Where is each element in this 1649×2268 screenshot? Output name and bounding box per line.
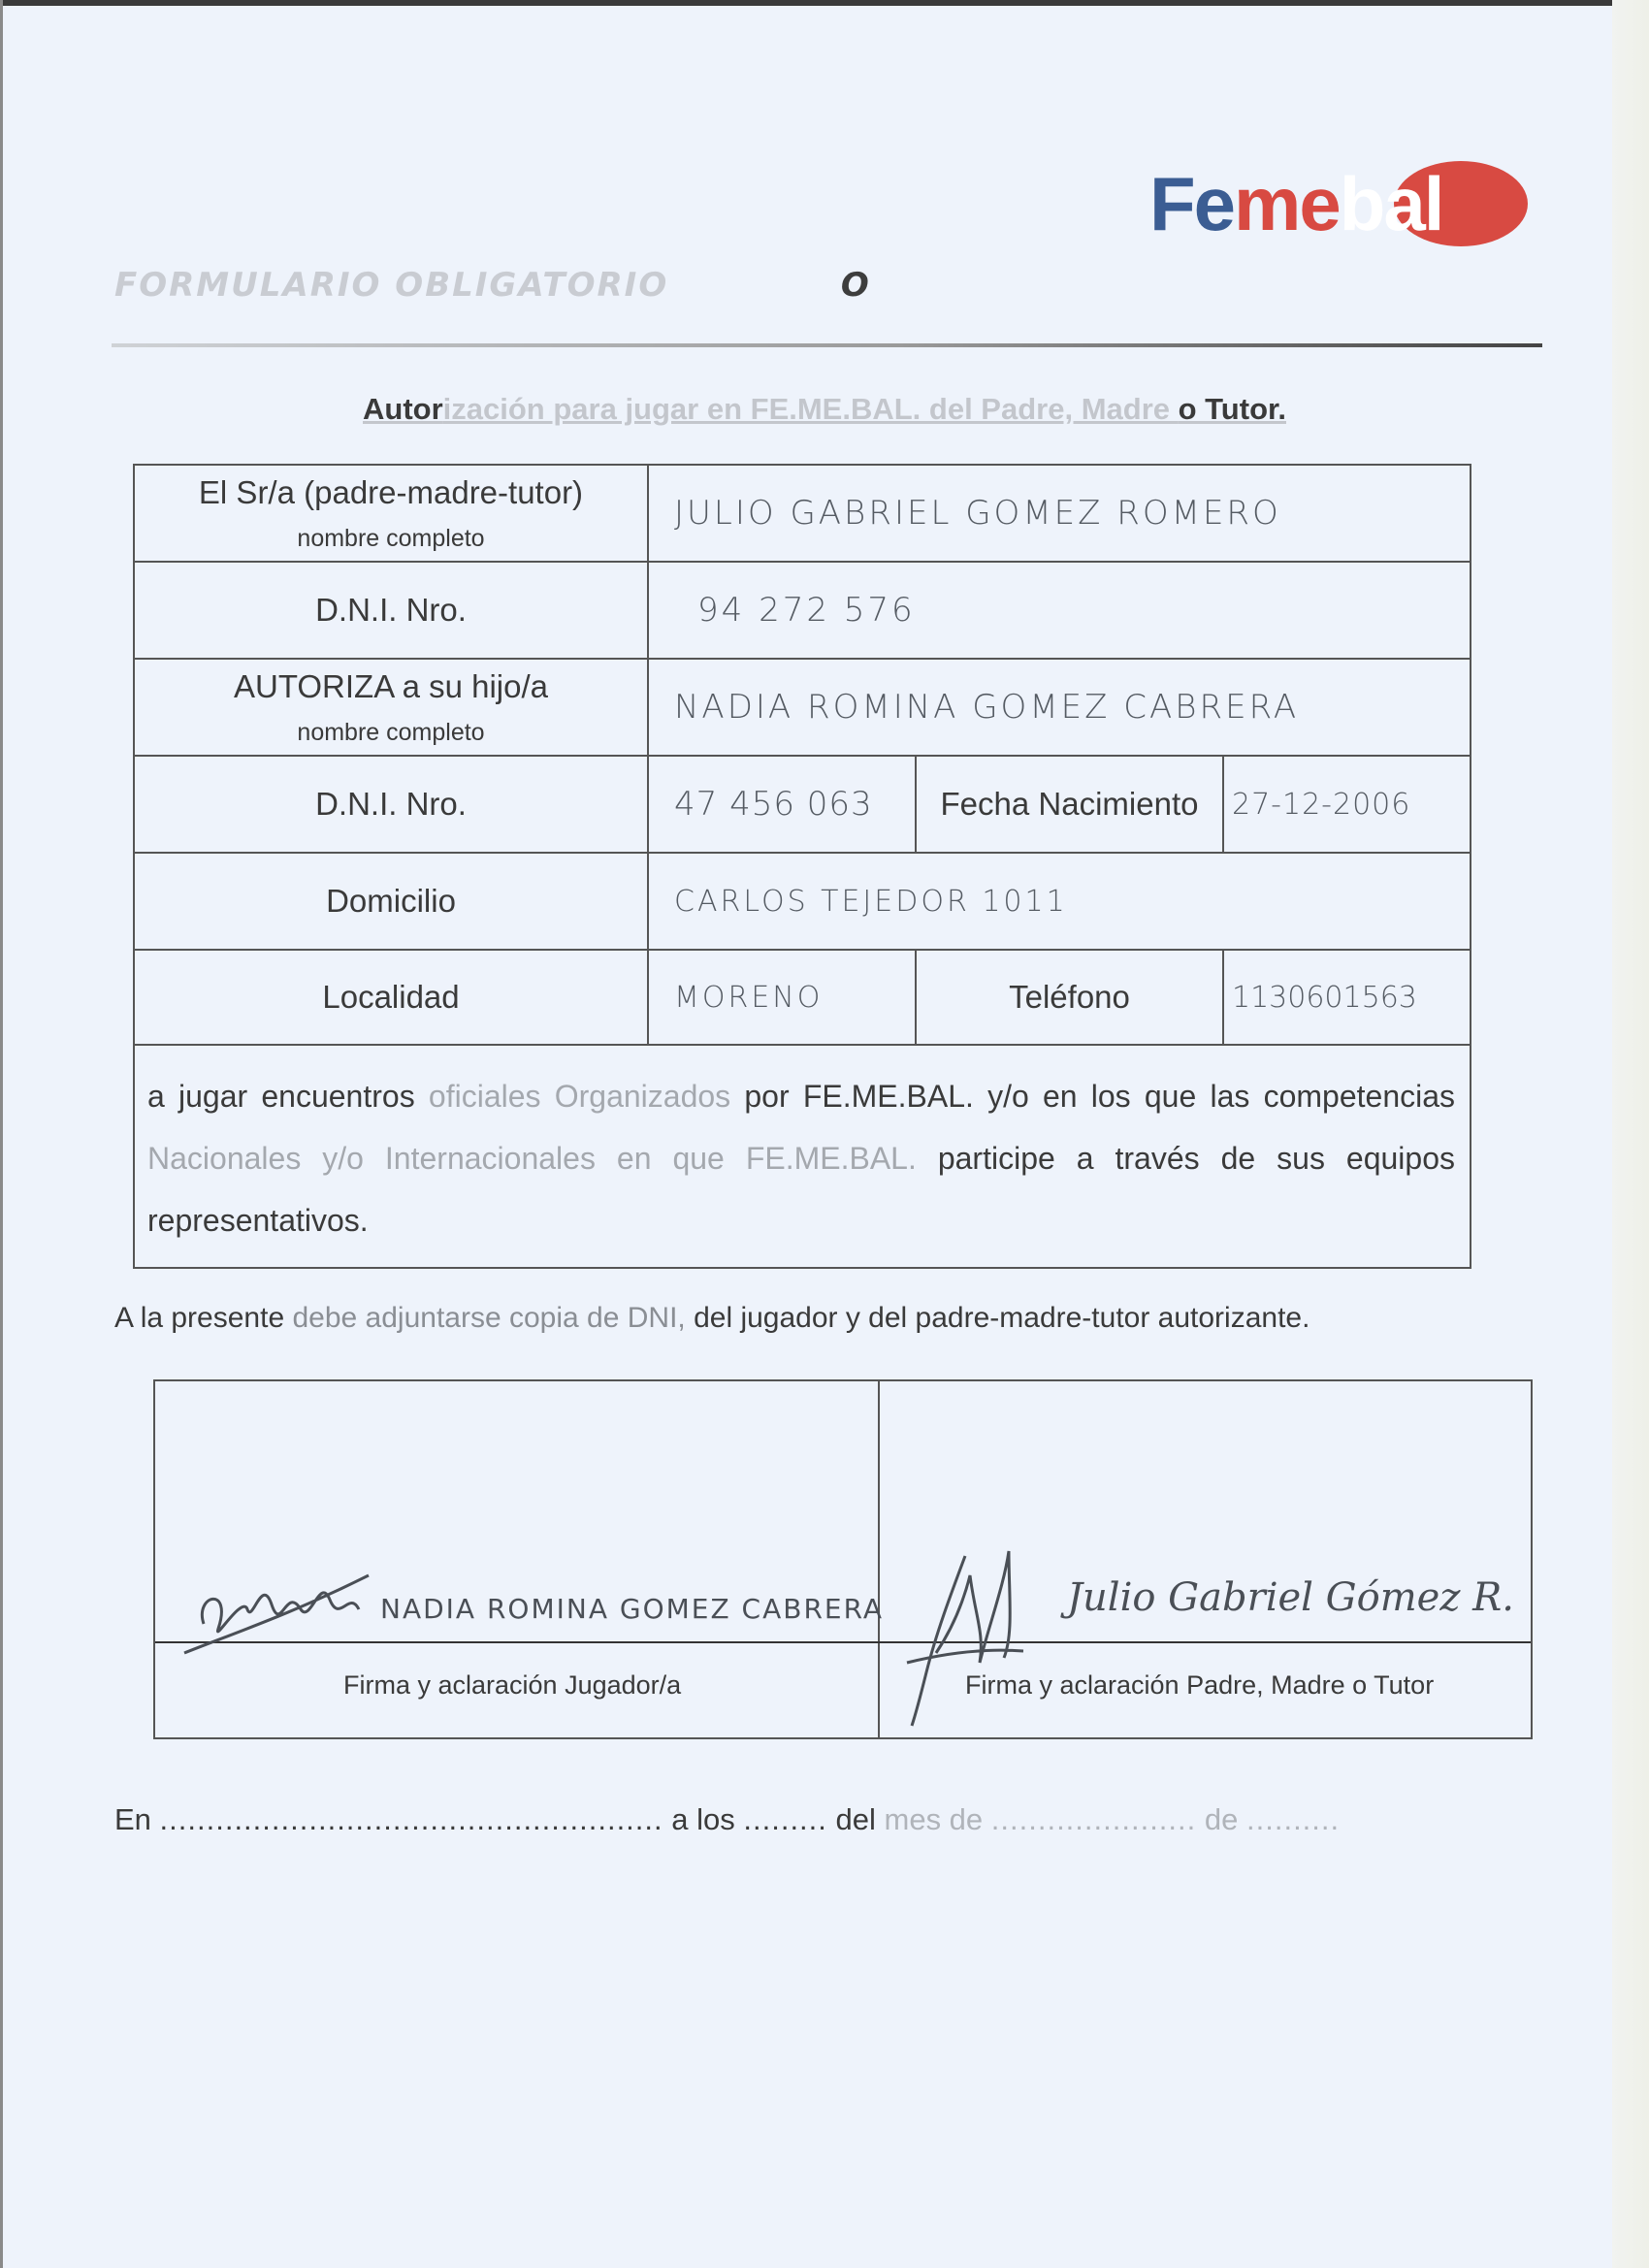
parent-name-field[interactable]: JULIO GABRIEL GOMEZ ROMERO [649,466,1471,563]
title-start: Autor [363,392,443,426]
date-mes-de: mes de [876,1802,991,1836]
note-1: A la presente [114,1302,292,1334]
scan-edge-left [0,0,3,2268]
player-signature-caption: Firma y aclaración Jugador/a [343,1670,681,1701]
date-a-los: a los [671,1802,734,1836]
parent-label-cell: El Sr/a (padre-madre-tutor) nombre compl… [135,466,649,563]
phone-field[interactable]: 1130601563 [1224,951,1471,1046]
authorization-text: a jugar encuentros oficiales Organizados… [147,1065,1455,1251]
auth-text-2: oficiales Organizados [429,1079,730,1114]
year-blank-field[interactable]: .......... [1246,1802,1340,1836]
child-sublabel: nombre completo [297,719,484,747]
parent-name-value: JULIO GABRIEL GOMEZ ROMERO [674,494,1281,533]
phone-label: Teléfono [1009,979,1130,1016]
parent-dni-label-cell: D.N.I. Nro. [135,563,649,660]
parent-signature-caption: Firma y aclaración Padre, Madre o Tutor [965,1670,1434,1701]
birthdate-label-cell: Fecha Nacimiento [917,757,1224,854]
place-blank-field[interactable]: ........................................… [160,1802,663,1836]
address-value: CARLOS TEJEDOR 1011 [674,885,1068,919]
title-middle: ización para jugar en FE.ME.BAL. del Pad… [443,392,1179,426]
logo-wordmark: Femebal [1149,155,1442,252]
logo-fe: Fe [1149,161,1234,246]
logo-bal: bal [1340,161,1443,246]
city-label: Localidad [322,979,459,1016]
title-end: o Tutor. [1179,392,1286,426]
phone-value: 1130601563 [1232,981,1417,1015]
logo-me: me [1234,161,1340,246]
date-de: de [1205,1802,1238,1836]
child-dni-value: 47 456 063 [674,785,873,824]
child-name-field[interactable]: NADIA ROMINA GOMEZ CABRERA [649,660,1471,757]
address-field[interactable]: CARLOS TEJEDOR 1011 [649,854,1471,951]
birthdate-label: Fecha Nacimiento [941,786,1199,823]
child-label: AUTORIZA a su hijo/a [234,668,548,705]
form-title: Autorización para jugar en FE.ME.BAL. de… [301,392,1348,427]
form-header-suffix: O [841,266,871,305]
parent-label: El Sr/a (padre-madre-tutor) [199,474,583,511]
day-blank-field[interactable]: ......... [743,1802,827,1836]
signature-box: NADIA ROMINA GOMEZ CABRERA Firma y aclar… [153,1379,1533,1739]
parent-sublabel: nombre completo [297,525,484,553]
auth-text-4: Nacionales y/o Internacionales en que FE… [147,1141,917,1176]
scan-edge-right [1612,0,1649,2268]
child-dni-label-cell: D.N.I. Nro. [135,757,649,854]
address-label: Domicilio [326,883,456,920]
child-label-cell: AUTORIZA a su hijo/a nombre completo [135,660,649,757]
scan-edge-top [0,0,1649,6]
note-2: debe adjuntarse copia de DNI, [292,1302,685,1334]
player-signature-scribble[interactable] [175,1556,388,1663]
parent-dni-label: D.N.I. Nro. [315,592,467,629]
parent-printed-name: Julio Gabriel Gómez R. [1067,1575,1514,1620]
city-label-cell: Localidad [135,951,649,1046]
birthdate-value: 27-12-2006 [1232,788,1410,822]
date-en: En [114,1802,151,1836]
date-del: del [836,1802,876,1836]
month-blank-field[interactable]: ...................... [991,1802,1196,1836]
note-3: del jugador y del padre-madre-tutor auto… [686,1302,1310,1334]
header-rule [112,343,1542,347]
date-place-line: En .....................................… [114,1802,1340,1837]
auth-text-1: a jugar encuentros [147,1079,429,1114]
attachment-note: A la presente debe adjuntarse copia de D… [114,1302,1309,1335]
signature-divider [878,1381,880,1737]
parent-dni-value: 94 272 576 [674,591,916,630]
child-dni-field[interactable]: 47 456 063 [649,757,917,854]
parent-dni-field[interactable]: 94 272 576 [649,563,1471,660]
child-name-value: NADIA ROMINA GOMEZ CABRERA [674,688,1299,727]
form-header: FORMULARIO OBLIGATORIO O [114,266,871,305]
city-value: MORENO [674,981,823,1015]
child-dni-label: D.N.I. Nro. [315,786,467,823]
phone-label-cell: Teléfono [917,951,1224,1046]
birthdate-field[interactable]: 27-12-2006 [1224,757,1471,854]
player-printed-name: NADIA ROMINA GOMEZ CABRERA [380,1593,884,1625]
auth-text-3: por FE.ME.BAL. y/o en los que las compet… [730,1079,1455,1114]
address-label-cell: Domicilio [135,854,649,951]
parent-signature-scribble[interactable] [897,1537,1033,1731]
femebal-logo: Femebal [1149,155,1537,252]
form-header-text: FORMULARIO OBLIGATORIO [114,266,668,305]
city-field[interactable]: MORENO [649,951,917,1046]
